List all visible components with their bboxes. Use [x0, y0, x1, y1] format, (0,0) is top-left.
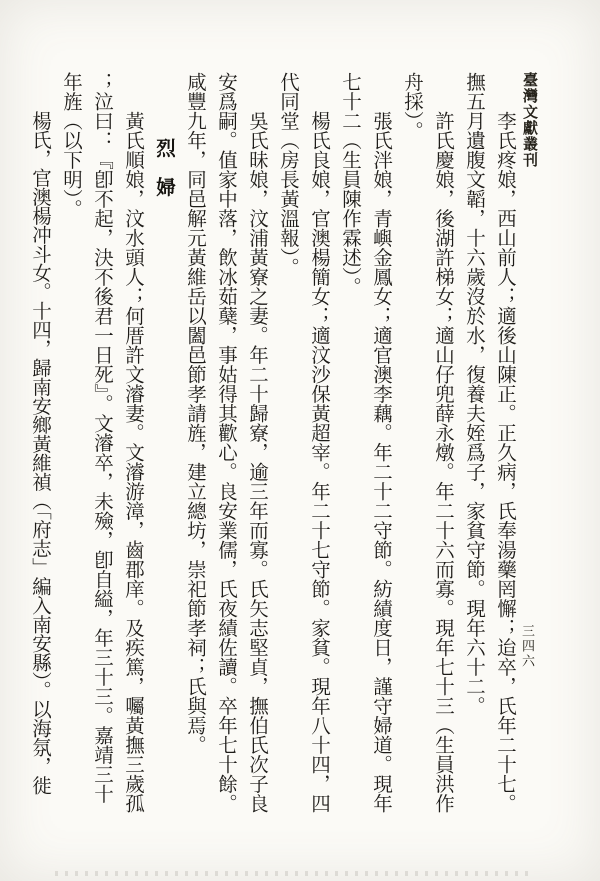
series-title: 臺灣文獻叢刊	[519, 72, 540, 168]
biography-entry-wu-shi: 吳氏昧娘，汶浦黃寮之妻。年二十歸寮，逾三年而寡。氏矢志堅貞，撫伯氏次子良安爲嗣。…	[179, 72, 272, 817]
book-page: 臺灣文獻叢刊 三四六 李氏疼娘，西山前人；適後山陳正。正久病，氏奉湯藥罔懈；迨卒…	[0, 0, 600, 881]
biography-entry-xu-shi: 許氏慶娘，後湖許梯女；適山仔兜薛永燉。年二十六而寡。現年七十三（生員洪作舟採）。	[396, 72, 458, 817]
page-number: 三四六	[518, 624, 537, 669]
biography-entry-li-shi: 李氏疼娘，西山前人；適後山陳正。正久病，氏奉湯藥罔懈；迨卒，氏年二十七。撫五月遺…	[458, 72, 520, 817]
scan-artifact-bottom	[55, 871, 530, 876]
biography-entry-yang-shi: 楊氏，官澳楊冲斗女。十四，歸南安鄉黃維禎（「府志」編入南安縣）。以海氛，徙	[24, 72, 55, 817]
biography-entry-zhang-shi: 張氏泮娘，青嶼金鳳女；適官澳李藕。年二十二守節。紡績度日，謹守婦道。現年七十二（…	[334, 72, 396, 817]
biography-entry-yang-shi-liang: 楊氏良娘，官澳楊簡女；適汶沙保黃超宰。年二十七守節。家貧。現年八十四，四代同堂（…	[272, 72, 334, 817]
text-block: 李氏疼娘，西山前人；適後山陳正。正久病，氏奉湯藥罔懈；迨卒，氏年二十七。撫五月遺…	[24, 72, 520, 817]
section-heading-liefu: 烈婦	[148, 72, 179, 817]
biography-entry-huang-shi: 黃氏順娘，汶水頭人；何厝許文濬妻。文濬游漳，齒郡庠。及疾篤，囑黃撫三歲孤；泣曰：…	[55, 72, 148, 817]
